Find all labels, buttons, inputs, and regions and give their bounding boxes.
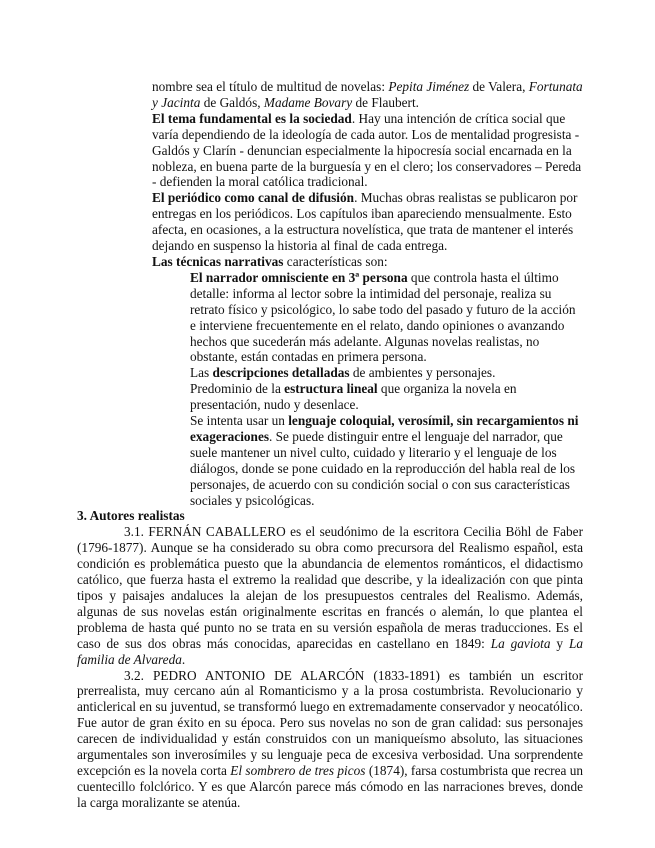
structure-paragraph: Predominio de la estructura lineal que o…: [190, 381, 583, 413]
author-paragraph-caballero: 3.1. FERNÁN CABALLERO es el seudónimo de…: [77, 524, 583, 667]
narrator-heading: El narrador omnisciente en 3ª persona: [190, 270, 408, 285]
techniques-text: características son:: [283, 254, 387, 269]
descriptions-text: de ambientes y personajes.: [350, 365, 496, 380]
descriptions-text: Las: [190, 365, 213, 380]
author-text: .: [182, 652, 185, 667]
intro-paragraph: nombre sea el título de multitud de nove…: [152, 79, 583, 111]
work-title: Madame Bovary: [264, 95, 352, 110]
theme-paragraph: El tema fundamental es la sociedad. Hay …: [152, 111, 583, 191]
intro-text: de Galdós,: [200, 95, 264, 110]
intro-text: de Flaubert.: [352, 95, 419, 110]
periodical-heading: El periódico como canal de difusión: [152, 190, 354, 205]
narrator-paragraph: El narrador omnisciente en 3ª persona qu…: [190, 270, 583, 365]
intro-text: de Valera,: [469, 79, 529, 94]
work-title: El sombrero de tres picos: [230, 763, 365, 778]
author-text: y: [551, 636, 569, 651]
author-text: 3.1. FERNÁN CABALLERO es el seudónimo de…: [77, 524, 583, 650]
document-page: nombre sea el título de multitud de nove…: [77, 79, 583, 811]
descriptions-paragraph: Las descripciones detalladas de ambiente…: [190, 365, 583, 381]
language-paragraph: Se intenta usar un lenguaje coloquial, v…: [190, 413, 583, 508]
intro-text: nombre sea el título de multitud de nove…: [152, 79, 388, 94]
section-heading: 3. Autores realistas: [77, 508, 583, 524]
author-paragraph-alarcon: 3.2. PEDRO ANTONIO DE ALARCÓN (1833-1891…: [77, 668, 583, 811]
theme-heading: El tema fundamental es la sociedad: [152, 111, 352, 126]
techniques-heading: Las técnicas narrativas: [152, 254, 283, 269]
author-text: 3.2. PEDRO ANTONIO DE ALARCÓN (1833-1891…: [77, 668, 583, 778]
language-text: Se intenta usar un: [190, 413, 288, 428]
periodical-paragraph: El periódico como canal de difusión. Muc…: [152, 190, 583, 254]
work-title: La gaviota: [491, 636, 551, 651]
structure-text: Predominio de la: [190, 381, 284, 396]
descriptions-heading: descripciones detalladas: [213, 365, 350, 380]
work-title: Pepita Jiménez: [388, 79, 469, 94]
structure-heading: estructura lineal: [284, 381, 377, 396]
techniques-paragraph: Las técnicas narrativas características …: [152, 254, 583, 270]
